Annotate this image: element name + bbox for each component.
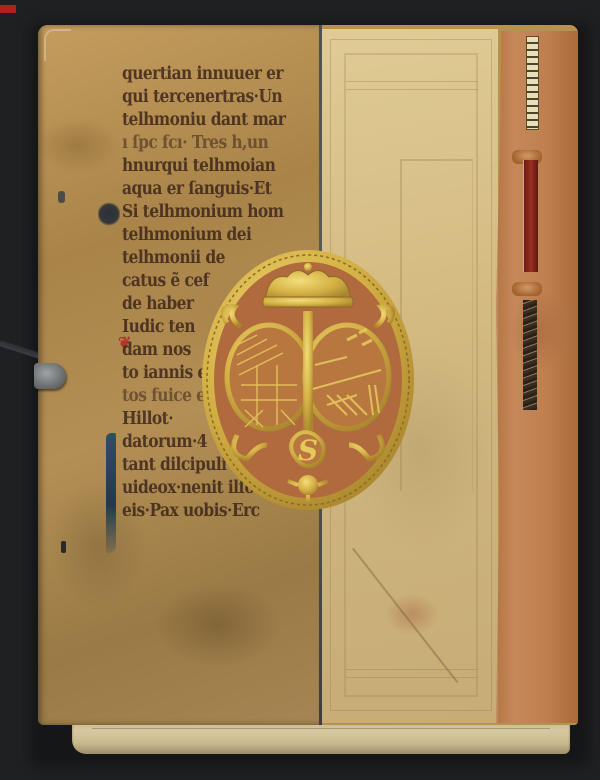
tooled-rule bbox=[346, 669, 478, 670]
metal-clasp bbox=[34, 363, 66, 389]
blue-initial-stroke bbox=[106, 433, 116, 553]
gilt-armorial-supralibros: S bbox=[197, 245, 419, 515]
wear-spot bbox=[61, 541, 66, 553]
spine-gilt-compartment bbox=[523, 300, 537, 410]
tooled-rule bbox=[346, 81, 478, 82]
spine-raised-band bbox=[512, 282, 542, 296]
color-reference-chip bbox=[0, 5, 16, 13]
coat-of-arms-icon: S bbox=[197, 245, 419, 515]
tooled-rule bbox=[346, 89, 478, 90]
spine-title-label bbox=[526, 36, 539, 130]
tooled-rule bbox=[346, 677, 478, 678]
ink-blot bbox=[98, 201, 120, 227]
book-photo-scene: ❦ quertian innuuer er qui tercenertras·U… bbox=[0, 0, 600, 780]
spine-red-label bbox=[523, 160, 538, 272]
wear-spot bbox=[58, 191, 65, 203]
svg-text:S: S bbox=[298, 434, 318, 467]
leather-spine-turnin bbox=[496, 31, 578, 723]
